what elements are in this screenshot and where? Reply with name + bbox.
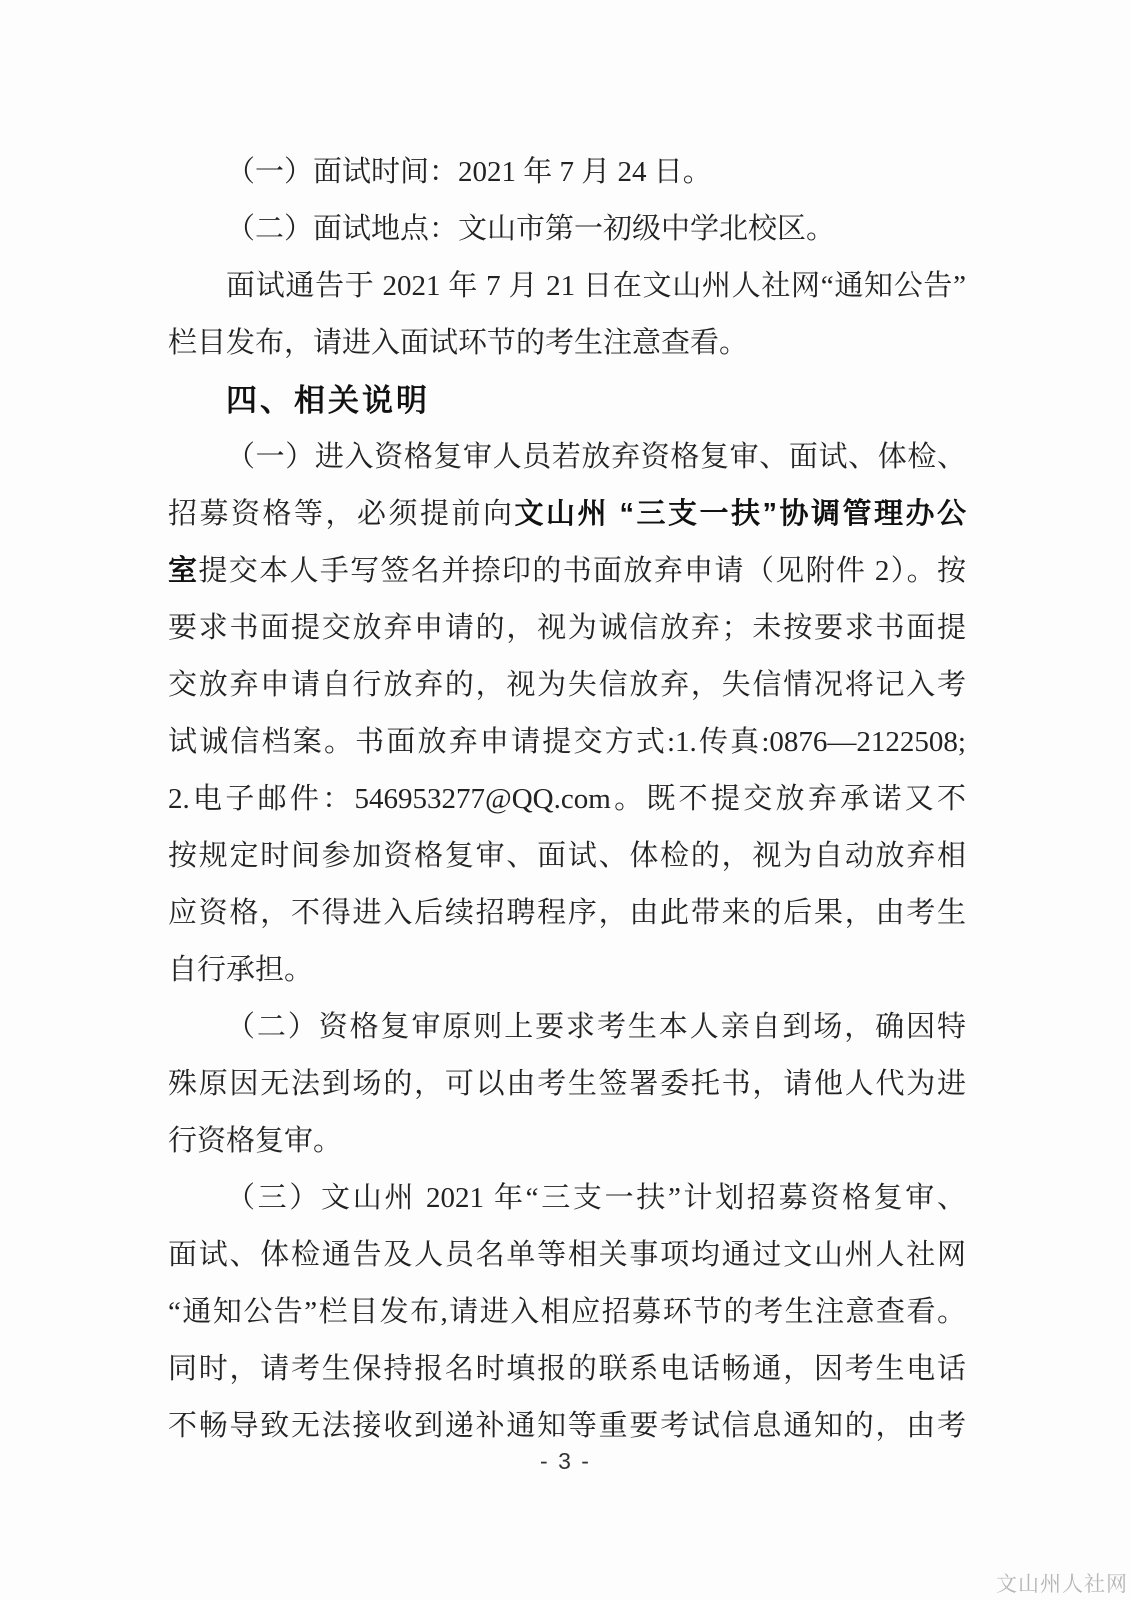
- doc-line-7: 招募资格等，必须提前向文山州 “三支一扶”协调管理办公: [168, 486, 966, 543]
- text-segment: （一）面试时间：2021 年 7 月 24 日。: [226, 156, 712, 188]
- doc-line-3: 面试通告于 2021 年 7 月 21 日在文山州人社网“通知公告”: [168, 258, 966, 315]
- text-segment: 同时，请考生保持报名时填报的联系电话畅通，因考生电话: [168, 1353, 966, 1385]
- doc-line-4: 栏目发布，请进入面试环节的考生注意查看。: [168, 315, 966, 372]
- text-segment: 四、相关说明: [226, 383, 430, 418]
- doc-line-18: 行资格复审。: [168, 1113, 966, 1170]
- doc-line-10: 交放弃申请自行放弃的，视为失信放弃，失信情况将记入考: [168, 657, 966, 714]
- doc-line-20: 面试、体检通告及人员名单等相关事项均通过文山州人社网: [168, 1227, 966, 1284]
- watermark-text: 文山州人社网: [996, 1568, 1128, 1598]
- text-segment: 殊原因无法到场的，可以由考生签署委托书，请他人代为进: [168, 1068, 966, 1100]
- page-number: - 3 -: [0, 1448, 1131, 1475]
- text-segment: 交放弃申请自行放弃的，视为失信放弃，失信情况将记入考: [168, 669, 966, 701]
- doc-line-11: 试诚信档案。书面放弃申请提交方式:1.传真:0876—2122508;: [168, 714, 966, 771]
- document-body: （一）面试时间：2021 年 7 月 24 日。（二）面试地点：文山市第一初级中…: [168, 144, 966, 1455]
- text-segment: 要求书面提交放弃申请的，视为诚信放弃；未按要求书面提: [168, 612, 966, 644]
- doc-line-1: （一）面试时间：2021 年 7 月 24 日。: [168, 144, 966, 201]
- text-segment: 面试、体检通告及人员名单等相关事项均通过文山州人社网: [168, 1239, 966, 1271]
- text-segment: 提交本人手写签名并捺印的书面放弃申请（见附件 2）。按: [198, 555, 966, 587]
- text-segment: （二）资格复审原则上要求考生本人亲自到场，确因特: [226, 1011, 966, 1043]
- doc-line-22: 同时，请考生保持报名时填报的联系电话畅通，因考生电话: [168, 1341, 966, 1398]
- text-segment: （一）进入资格复审人员若放弃资格复审、面试、体检、: [226, 441, 966, 473]
- doc-line-13: 按规定时间参加资格复审、面试、体检的，视为自动放弃相: [168, 828, 966, 885]
- bold-text-segment: 室: [168, 555, 198, 587]
- text-segment: （三）文山州 2021 年“三支一扶”计划招募资格复审、: [226, 1182, 966, 1214]
- text-segment: 栏目发布，请进入面试环节的考生注意查看。: [168, 327, 748, 359]
- text-segment: “通知公告”栏目发布,请进入相应招募环节的考生注意查看。: [168, 1296, 966, 1328]
- doc-line-16: （二）资格复审原则上要求考生本人亲自到场，确因特: [168, 999, 966, 1056]
- doc-line-19: （三）文山州 2021 年“三支一扶”计划招募资格复审、: [168, 1170, 966, 1227]
- doc-line-12: 2.电子邮件：546953277@QQ.com。既不提交放弃承诺又不: [168, 771, 966, 828]
- text-segment: 不畅导致无法接收到递补通知等重要考试信息通知的，由考: [168, 1410, 966, 1442]
- bold-text-segment: 文山州 “三支一扶”协调管理办公: [514, 498, 966, 530]
- doc-line-21: “通知公告”栏目发布,请进入相应招募环节的考生注意查看。: [168, 1284, 966, 1341]
- doc-line-23: 不畅导致无法接收到递补通知等重要考试信息通知的，由考: [168, 1398, 966, 1455]
- doc-line-9: 要求书面提交放弃申请的，视为诚信放弃；未按要求书面提: [168, 600, 966, 657]
- text-segment: （二）面试地点：文山市第一初级中学北校区。: [226, 213, 835, 245]
- scanned-document-page: （一）面试时间：2021 年 7 月 24 日。（二）面试地点：文山市第一初级中…: [0, 0, 1131, 1600]
- section-heading: 四、相关说明: [168, 372, 966, 429]
- text-segment: 应资格，不得进入后续招聘程序，由此带来的后果，由考生: [168, 897, 966, 929]
- doc-line-6: （一）进入资格复审人员若放弃资格复审、面试、体检、: [168, 429, 966, 486]
- text-segment: 行资格复审。: [168, 1125, 342, 1157]
- doc-line-14: 应资格，不得进入后续招聘程序，由此带来的后果，由考生: [168, 885, 966, 942]
- text-segment: 试诚信档案。书面放弃申请提交方式:1.传真:0876—2122508;: [168, 726, 966, 758]
- text-segment: 招募资格等，必须提前向: [168, 498, 514, 530]
- text-segment: 自行承担。: [168, 954, 313, 986]
- text-segment: 2.电子邮件：546953277@QQ.com。既不提交放弃承诺又不: [168, 783, 966, 815]
- doc-line-8: 室提交本人手写签名并捺印的书面放弃申请（见附件 2）。按: [168, 543, 966, 600]
- doc-line-17: 殊原因无法到场的，可以由考生签署委托书，请他人代为进: [168, 1056, 966, 1113]
- doc-line-15: 自行承担。: [168, 942, 966, 999]
- doc-line-2: （二）面试地点：文山市第一初级中学北校区。: [168, 201, 966, 258]
- text-segment: 按规定时间参加资格复审、面试、体检的，视为自动放弃相: [168, 840, 966, 872]
- text-segment: 面试通告于 2021 年 7 月 21 日在文山州人社网“通知公告”: [226, 270, 966, 302]
